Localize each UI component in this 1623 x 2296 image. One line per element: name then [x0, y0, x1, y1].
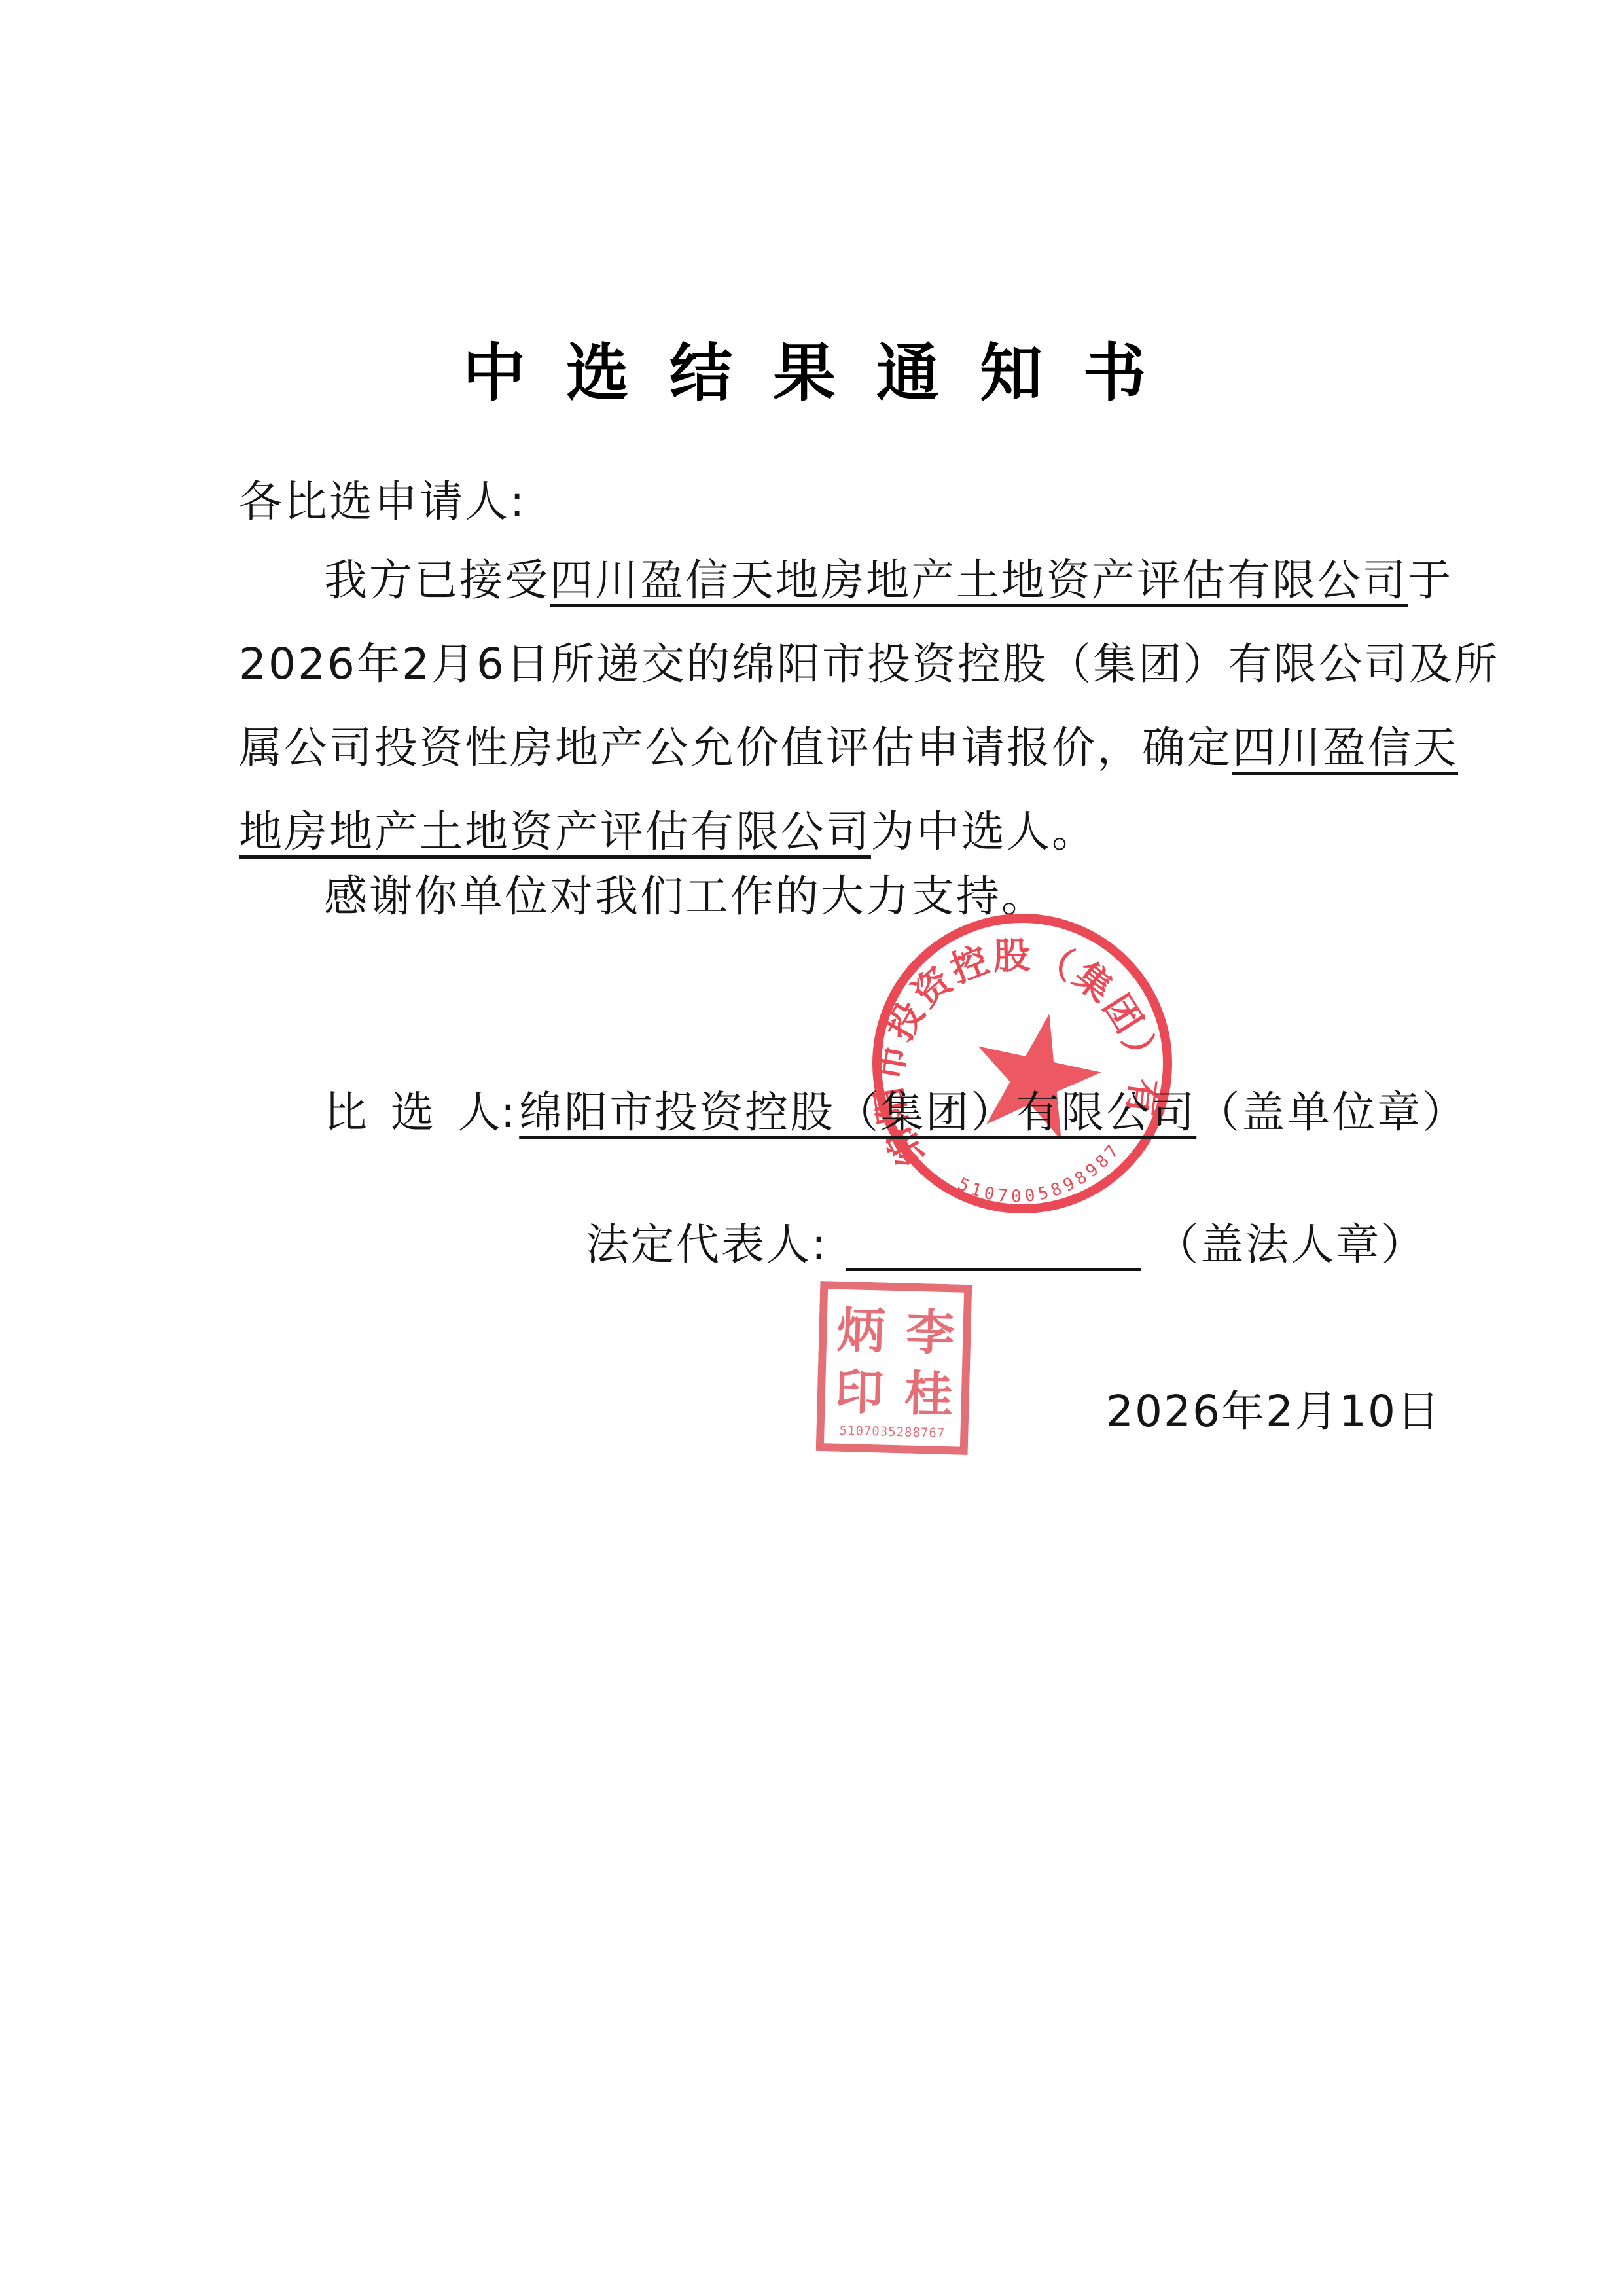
document-page: 中选结果通知书 各比选申请人: 我方已接受四川盈信天地房地产土地资产评估有限公司… [0, 0, 1623, 2296]
p4-suffix: 为中选人。 [871, 806, 1097, 857]
company-seal-icon: 绵阳市投资控股（集团）有限公司 5107005898987 [865, 906, 1179, 1221]
legal-representative-row: 法定代表人:（盖法人章） [586, 1219, 1426, 1271]
body-paragraph-line-1: 我方已接受四川盈信天地房地产土地资产评估有限公司于 [324, 554, 1453, 607]
body-paragraph-line-2: 2026年2月6日所递交的绵阳市投资控股（集团）有限公司及所 [239, 638, 1499, 691]
thanks-line: 感谢你单位对我们工作的大力支持。 [324, 870, 1046, 923]
salutation: 各比选申请人: [239, 476, 526, 528]
selector-signature-row: 比选人:绵阳市投资控股（集团）有限公司（盖单位章） [324, 1086, 1467, 1139]
svg-text:5107035288767: 5107035288767 [839, 1424, 945, 1441]
personal-seal-icon: 李 桂 炳 印 5107035288767 [816, 1281, 972, 1455]
winner-name: 四川盈信天地房地产土地资产评估有限公司 [550, 555, 1408, 605]
svg-text:桂: 桂 [904, 1365, 954, 1423]
p3-text: 属公司投资性房地产公允价值评估申请报价，确定 [239, 723, 1232, 773]
svg-text:5107005898987: 5107005898987 [955, 1139, 1126, 1207]
body-paragraph-line-4: 地房地产土地资产评估有限公司为中选人。 [239, 806, 1097, 858]
legal-rep-signature-blank [846, 1229, 1141, 1271]
winner-name-continued: 四川盈信天 [1232, 723, 1458, 773]
p1-suffix: 于 [1408, 555, 1453, 605]
body-paragraph-line-3: 属公司投资性房地产公允价值评估申请报价，确定四川盈信天 [239, 722, 1458, 774]
svg-text:印: 印 [834, 1364, 884, 1422]
company-seal-note: （盖单位章） [1196, 1087, 1467, 1138]
document-date: 2026年2月10日 [1106, 1386, 1441, 1438]
svg-text:炳: 炳 [836, 1302, 885, 1360]
selector-company-name: 绵阳市投资控股（集团）有限公司 [519, 1087, 1196, 1138]
svg-text:李: 李 [905, 1304, 955, 1361]
legal-rep-seal-note: （盖法人章） [1155, 1219, 1426, 1270]
winner-name-end: 地房地产土地资产评估有限公司 [239, 806, 871, 857]
legal-rep-label: 法定代表人: [586, 1219, 828, 1270]
document-title: 中选结果通知书 [0, 334, 1623, 412]
selector-label: 比选人: [324, 1087, 519, 1138]
p1-prefix: 我方已接受 [324, 555, 550, 605]
